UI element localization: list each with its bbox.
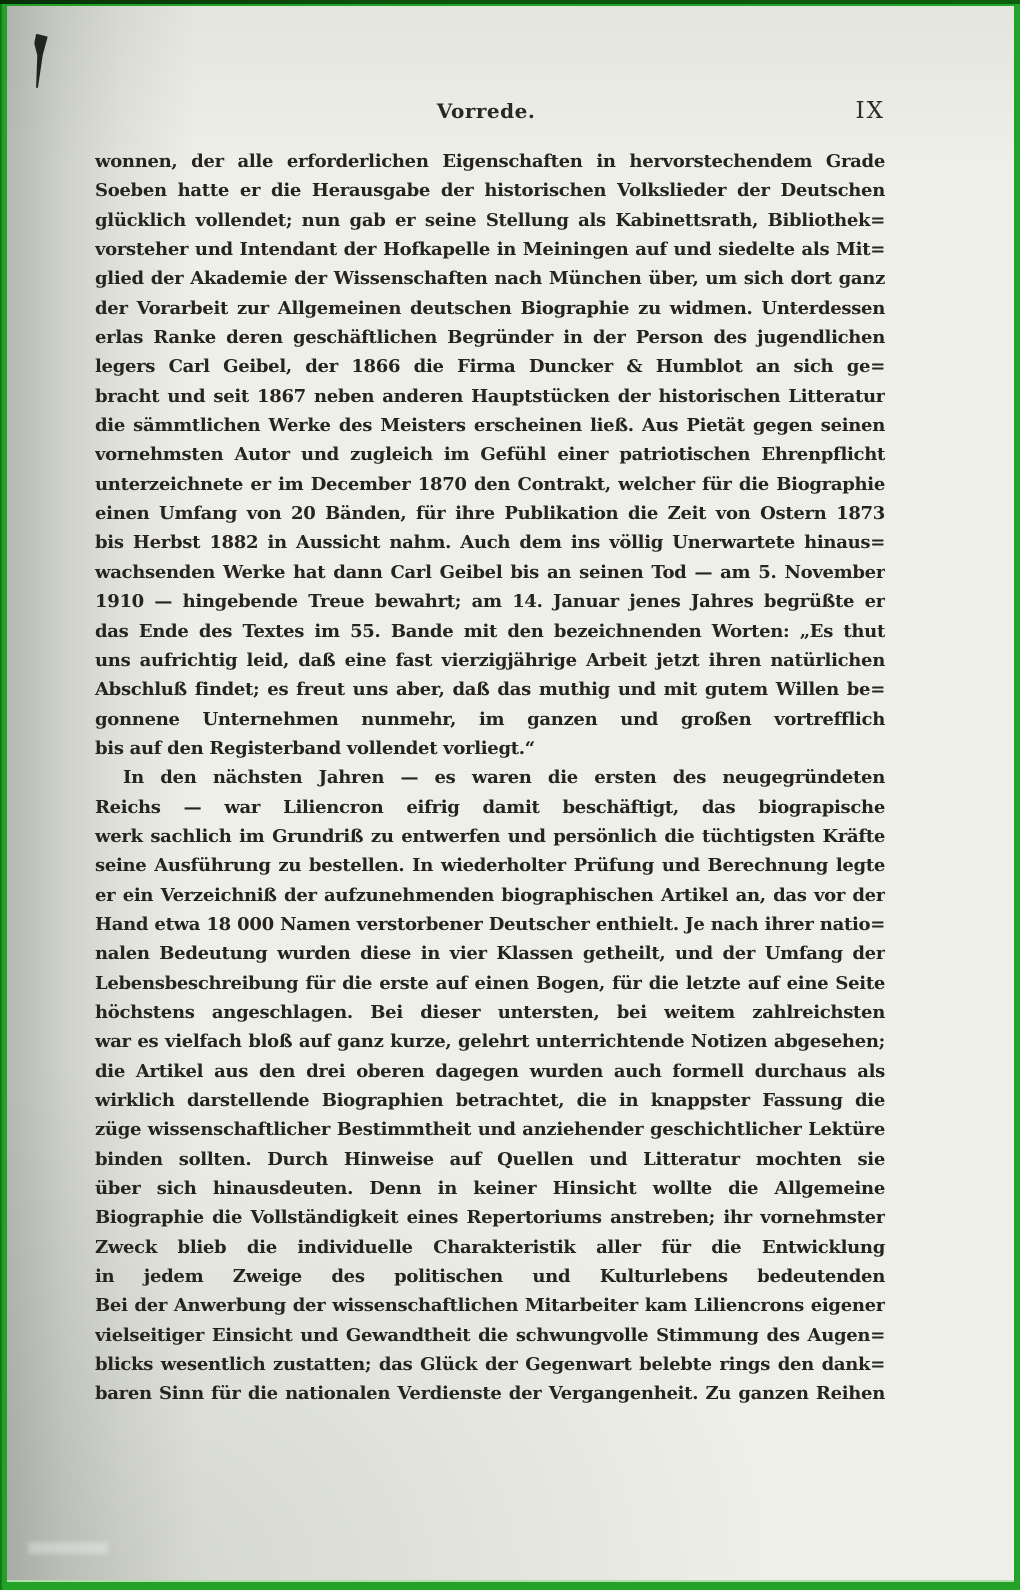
page-text: wonnen, der alle erforderlichen Eigensch… bbox=[95, 147, 885, 1409]
watermark-smudge bbox=[28, 1542, 108, 1554]
text-line: Zweck blieb die individuelle Charakteris… bbox=[95, 1233, 885, 1262]
text-line: züge wissenschaftlicher Bestimmtheit und… bbox=[95, 1115, 885, 1144]
text-line: war es vielfach bloß auf ganz kurze, gel… bbox=[95, 1027, 885, 1056]
scan-artifact-mark bbox=[31, 34, 48, 89]
text-line: einen Umfang von 20 Bänden, für ihre Pub… bbox=[95, 499, 885, 528]
text-line: Reichs — war Liliencron eifrig damit bes… bbox=[95, 793, 885, 822]
book-page: Vorrede. IX wonnen, der alle erforderlic… bbox=[7, 6, 1014, 1580]
text-line: in jedem Zweige des politischen und Kult… bbox=[95, 1262, 885, 1291]
text-line: er ein Verzeichniß der aufzunehmenden bi… bbox=[95, 881, 885, 910]
text-line: unterzeichnete er im December 1870 den C… bbox=[95, 470, 885, 499]
text-line: Hand etwa 18 000 Namen verstorbener Deut… bbox=[95, 910, 885, 939]
text-line: vielseitiger Einsicht und Gewandtheit di… bbox=[95, 1321, 885, 1350]
page-number: IX bbox=[856, 98, 885, 124]
text-line: In den nächsten Jahren — es waren die er… bbox=[95, 763, 885, 792]
text-line: höchstens angeschlagen. Bei dieser unter… bbox=[95, 998, 885, 1027]
text-line: legers Carl Geibel, der 1866 die Firma D… bbox=[95, 352, 885, 381]
text-line: baren Sinn für die nationalen Verdienste… bbox=[95, 1379, 885, 1408]
text-line: Bei der Anwerbung der wissenschaftlichen… bbox=[95, 1291, 885, 1320]
text-line: vornehmsten Autor und zugleich im Gefühl… bbox=[95, 440, 885, 469]
scan-border: Vorrede. IX wonnen, der alle erforderlic… bbox=[0, 0, 1020, 1590]
text-line: blicks wesentlich zustatten; das Glück d… bbox=[95, 1350, 885, 1379]
running-title: Vorrede. bbox=[437, 99, 536, 123]
text-line: wirklich darstellende Biographien betrac… bbox=[95, 1086, 885, 1115]
text-line: binden sollten. Durch Hinweise auf Quell… bbox=[95, 1145, 885, 1174]
text-line: vorsteher und Intendant der Hofkapelle i… bbox=[95, 235, 885, 264]
text-line: bis auf den Registerband vollendet vorli… bbox=[95, 734, 885, 763]
text-line: wachsenden Werke hat dann Carl Geibel bi… bbox=[95, 558, 885, 587]
text-line: 1910 — hingebende Treue bewahrt; am 14. … bbox=[95, 587, 885, 616]
text-line: werk sachlich im Grundriß zu entwerfen u… bbox=[95, 822, 885, 851]
text-line: erlas Ranke deren geschäftlichen Begründ… bbox=[95, 323, 885, 352]
text-line: gonnene Unternehmen nunmehr, im ganzen u… bbox=[95, 705, 885, 734]
text-line: die sämmtlichen Werke des Meisters ersch… bbox=[95, 411, 885, 440]
text-line: Abschluß findet; es freut uns aber, daß … bbox=[95, 675, 885, 704]
text-line: Lebensbeschreibung für die erste auf ein… bbox=[95, 969, 885, 998]
text-line: bis Herbst 1882 in Aussicht nahm. Auch d… bbox=[95, 528, 885, 557]
text-line: seine Ausführung zu bestellen. In wieder… bbox=[95, 851, 885, 880]
page-header: Vorrede. IX bbox=[95, 99, 885, 133]
text-line: Biographie die Vollständigkeit eines Rep… bbox=[95, 1203, 885, 1232]
text-line: bracht und seit 1867 neben anderen Haupt… bbox=[95, 382, 885, 411]
text-line: uns aufrichtig leid, daß eine fast vierz… bbox=[95, 646, 885, 675]
text-line: glied der Akademie der Wissenschaften na… bbox=[95, 264, 885, 293]
text-line: über sich hinausdeuten. Denn in keiner H… bbox=[95, 1174, 885, 1203]
text-line: nalen Bedeutung wurden diese in vier Kla… bbox=[95, 939, 885, 968]
text-line: die Artikel aus den drei oberen dagegen … bbox=[95, 1057, 885, 1086]
text-line: Soeben hatte er die Herausgabe der histo… bbox=[95, 176, 885, 205]
text-line: wonnen, der alle erforderlichen Eigensch… bbox=[95, 147, 885, 176]
text-line: glücklich vollendet; nun gab er seine St… bbox=[95, 206, 885, 235]
text-line: der Vorarbeit zur Allgemeinen deutschen … bbox=[95, 294, 885, 323]
text-line: das Ende des Textes im 55. Bande mit den… bbox=[95, 617, 885, 646]
